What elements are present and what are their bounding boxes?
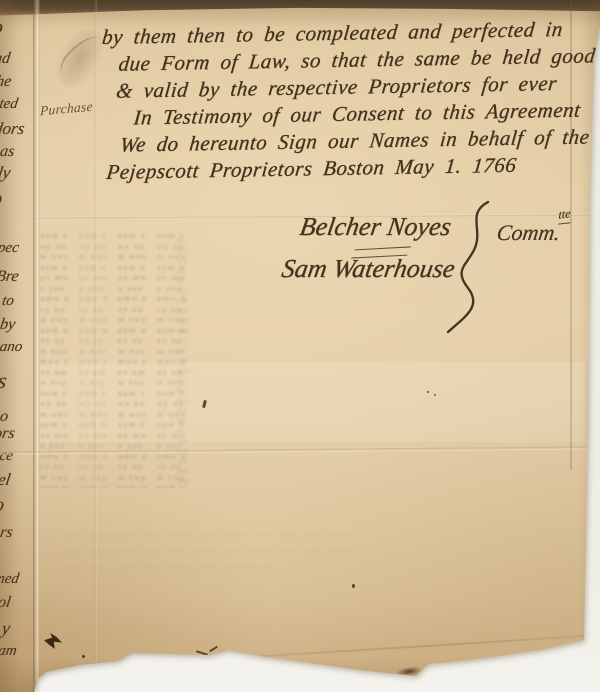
signature-sam-waterhouse: Sam Waterhouse (280, 254, 457, 284)
edge-text-fragment: o (0, 186, 4, 213)
bleedthrough-streak: num vwy unm wnv uym nuv mwu ynv umw nvy … (177, 236, 190, 484)
margin-note: Purchase (40, 99, 93, 120)
edge-text-fragment: ly (0, 163, 12, 183)
edge-text-fragment: ected (0, 96, 19, 113)
edge-text-fragment: thano (0, 339, 24, 356)
edge-text-fragment: o (0, 14, 5, 40)
committee-abbr-text: Comm. (495, 220, 561, 245)
adjacent-page-edge: ondheecteddorsaslyospecBretobythanosoors… (0, 0, 34, 692)
ink-blot (44, 633, 62, 649)
edge-text-fragment: Bre (0, 268, 20, 286)
edge-text-fragment: ol (0, 594, 12, 612)
ink-stroke-mark (209, 646, 218, 652)
ink-stroke-mark (196, 650, 208, 656)
letter-body: by them then to be compleated and perfec… (102, 15, 598, 186)
ink-speck (427, 391, 429, 393)
ink-speck (82, 655, 85, 658)
bleedthrough-column: num vwy unm wnv uym nuv mwu ynv umw nvy … (79, 230, 112, 488)
edge-text-fragment: ors (0, 425, 16, 443)
bleedthrough-column: num vwy unm wnv uym nuv mwu ynv umw nvy … (118, 230, 151, 488)
bleedthrough-column: num vwy unm wnv uym nuv mwu ynv umw nvy … (40, 230, 73, 488)
edge-text-fragment: nd (0, 50, 11, 68)
diagonal-crease-bottom (150, 634, 600, 665)
ink-bleedthrough-columns: num vwy unm wnv uym nuv mwu ynv umw nvy … (40, 230, 190, 488)
scan-background: ondheecteddorsaslyospecBretobythanosoors… (0, 0, 600, 692)
edge-text-fragment: s (0, 368, 9, 394)
edge-text-fragment: rmed (0, 571, 20, 588)
edge-text-fragment: o (0, 494, 6, 517)
edge-text-fragment: to (1, 293, 15, 310)
manuscript-page: ondheecteddorsaslyospecBretobythanosoors… (0, 0, 600, 692)
ink-speck (434, 394, 436, 396)
edge-ink-blot (396, 665, 423, 678)
edge-text-fragment: y (0, 618, 11, 639)
edge-text-fragment: o (0, 408, 9, 426)
bleedthrough-faint-rows: num vwy unm wnv uym nuv mwu ynv umw nvy … (62, 528, 362, 578)
edge-text-fragment: by (0, 316, 17, 334)
paper-top-edge (0, 0, 600, 17)
page-fold-gutter (33, 0, 40, 692)
ink-speck (352, 584, 355, 588)
edge-text-fragment: el (0, 470, 12, 490)
edge-text-fragment: he (0, 73, 13, 91)
edge-text-fragment: rs (0, 524, 14, 542)
committee-superscript: tte (558, 206, 570, 224)
paper-shadow-wrap: ondheecteddorsaslyospecBretobythanosoors… (0, 0, 600, 692)
edge-text-fragment: spec (0, 240, 20, 257)
edge-text-fragment: dors (0, 119, 26, 139)
edge-text-fragment: ace (0, 448, 14, 465)
edge-text-fragment: as (0, 143, 16, 161)
signature-belcher-noyes: Belcher Noyes (298, 212, 454, 242)
edge-text-fragment: tam (0, 643, 18, 660)
committee-abbreviation: Comm. tte (495, 220, 562, 246)
